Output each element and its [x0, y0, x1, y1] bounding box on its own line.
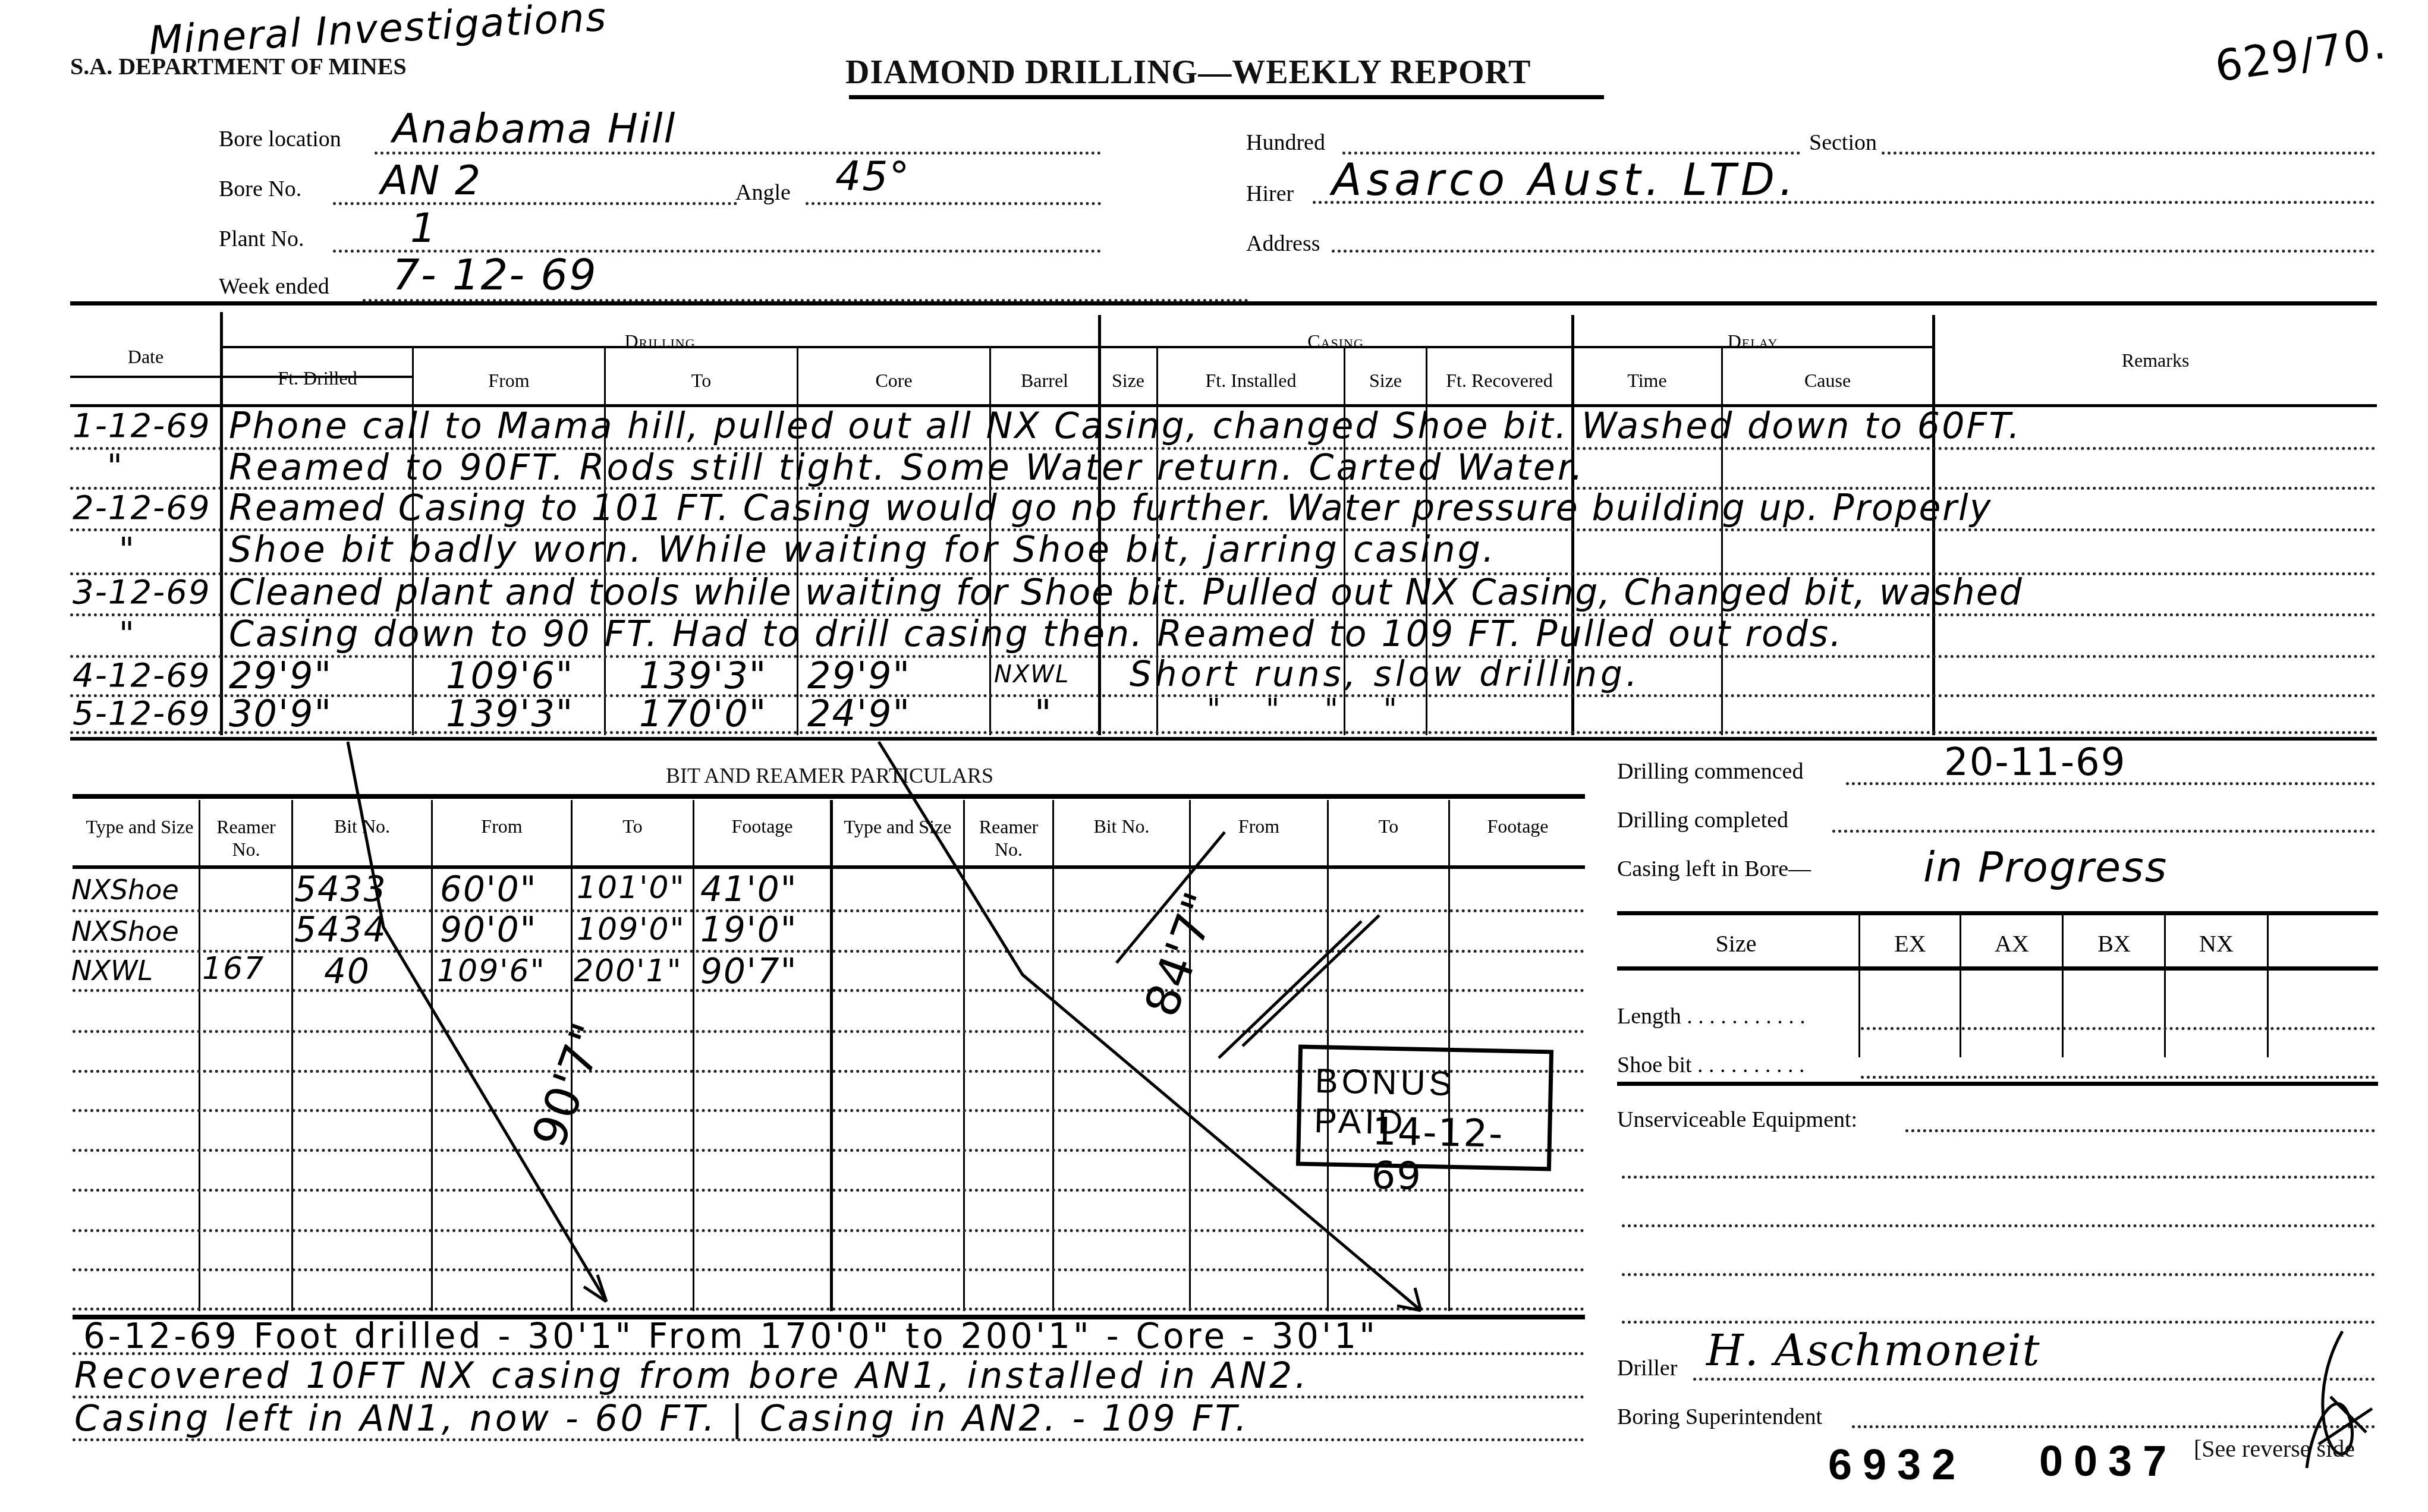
casing-size-bx: BX — [2064, 930, 2164, 957]
length-label: Length . . . . . . . . . . . — [1617, 1003, 1806, 1029]
footer-note-3[interactable]: Casing left in AN1, now - 60 FT. | Casin… — [74, 1398, 1249, 1439]
serial-number-b: 0037 — [2039, 1437, 2177, 1486]
footer-note-1[interactable]: 6-12-69 Foot drilled - 30'1" From 170'0"… — [83, 1316, 1378, 1356]
bonus-paid-stamp: BONUS PAID 14-12-69 — [1296, 1045, 1553, 1171]
driller-signature[interactable]: H. Aschmoneit — [1706, 1325, 2041, 1375]
casing-size-nx: NX — [2166, 930, 2266, 957]
drilling-commenced-label: Drilling commenced — [1617, 758, 1803, 785]
driller-label: Driller — [1617, 1355, 1677, 1381]
casing-left-label: Casing left in Bore— — [1617, 856, 1811, 882]
serial-number-a: 6932 — [1828, 1441, 1966, 1489]
casing-size-ax: AX — [1962, 930, 2062, 957]
footer-note-2[interactable]: Recovered 10FT NX casing from bore AN1, … — [74, 1355, 1309, 1397]
shoe-bit-label: Shoe bit . . . . . . . . . . — [1617, 1052, 1805, 1078]
superintendent-label: Boring Superintendent — [1617, 1404, 1822, 1430]
stamp-date: 14-12-69 — [1371, 1110, 1548, 1201]
drilling-completed-label: Drilling completed — [1617, 807, 1788, 833]
unserviceable-label: Unserviceable Equipment: — [1617, 1107, 1857, 1133]
casing-left-field[interactable]: in Progress — [1923, 843, 2168, 892]
drilling-commenced-field[interactable]: 20-11-69 — [1944, 741, 2127, 785]
casing-size-header: Size — [1617, 930, 1855, 957]
casing-size-ex: EX — [1861, 930, 1960, 957]
see-reverse-note: [See reverse side — [2194, 1435, 2355, 1463]
